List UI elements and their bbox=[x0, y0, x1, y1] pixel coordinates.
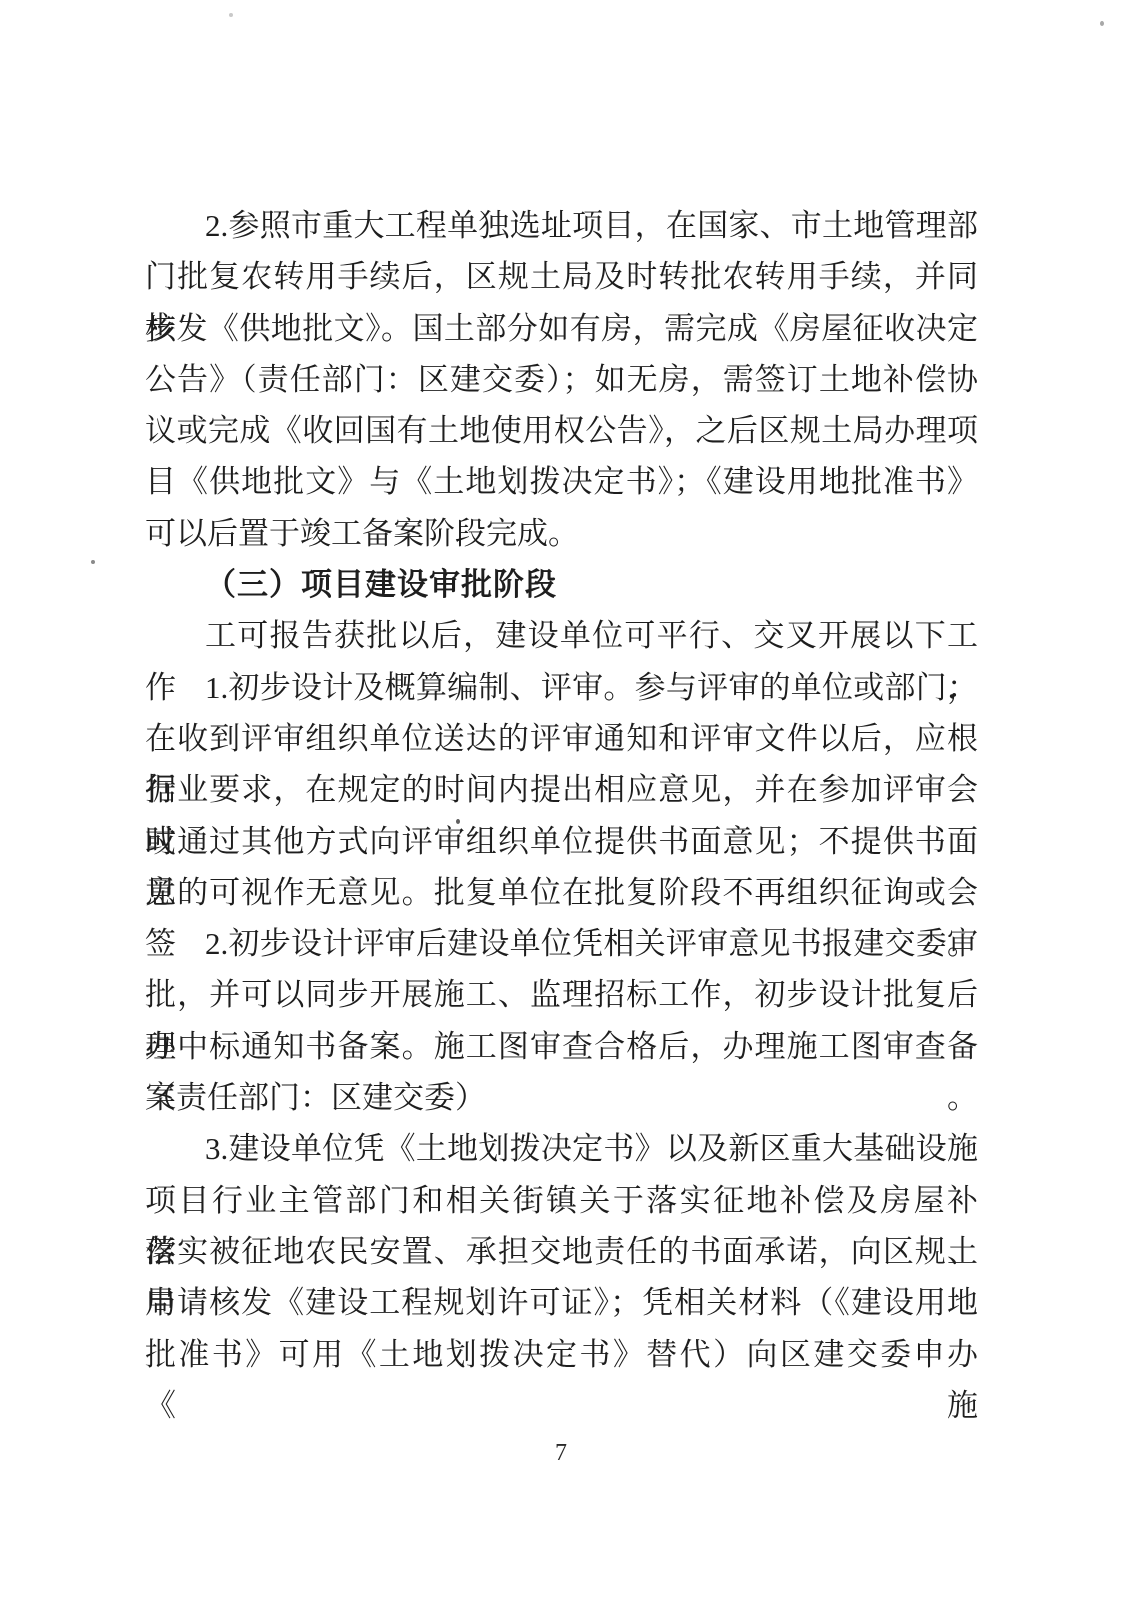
body-line: 批准书》可用《土地划拨决定书》替代）向区建交委申办《施 bbox=[145, 1329, 978, 1380]
body-line: 3.建设单位凭《土地划拨决定书》以及新区重大基础设施 bbox=[145, 1123, 978, 1174]
document-page: 2.参照市重大工程单独选址项目，在国家、市土地管理部 门批复农转用手续后，区规土… bbox=[0, 0, 1122, 1600]
body-text: 2.参照市重大工程单独选址项目，在国家、市土地管理部 门批复农转用手续后，区规土… bbox=[145, 200, 978, 1380]
body-line: 目《供地批文》与《土地划拨决定书》；《建设用地批准书》 bbox=[145, 456, 978, 507]
body-line: 公告》（责任部门：区建交委）；如无房，需签订土地补偿协 bbox=[145, 354, 978, 405]
body-line: 1.初步设计及概算编制、评审。参与评审的单位或部门， bbox=[145, 662, 978, 713]
body-line: 或通过其他方式向评审组织单位提供书面意见；不提供书面意 bbox=[145, 816, 978, 867]
body-line: 项目行业主管部门和相关街镇关于落实征地补偿及房屋补偿、 bbox=[145, 1175, 978, 1226]
body-line: 理中标通知书备案。施工图审查合格后，办理施工图审查备案。 bbox=[145, 1021, 978, 1072]
body-line: 申请核发《建设工程规划许可证》；凭相关材料（《建设用地 bbox=[145, 1277, 978, 1328]
scan-artifact-dot bbox=[91, 560, 95, 564]
body-line: 2.参照市重大工程单独选址项目，在国家、市土地管理部 bbox=[145, 200, 978, 251]
scan-artifact-dot bbox=[229, 13, 233, 17]
body-line: 批，并可以同步开展施工、监理招标工作，初步设计批复后办 bbox=[145, 969, 978, 1020]
body-line: 门批复农转用手续后，区规土局及时转批农转用手续，并同步 bbox=[145, 251, 978, 302]
scan-artifact-dot bbox=[1100, 21, 1104, 26]
body-line: 行业要求，在规定的时间内提出相应意见，并在参加评审会时 bbox=[145, 764, 978, 815]
body-line: 落实被征地农民安置、承担交地责任的书面承诺，向区规土局 bbox=[145, 1226, 978, 1277]
body-line: 2.初步设计评审后建设单位凭相关评审意见书报建交委审 bbox=[145, 918, 978, 969]
section-heading: （三）项目建设审批阶段 bbox=[145, 559, 978, 610]
body-line: 工可报告获批以后，建设单位可平行、交叉开展以下工作： bbox=[145, 610, 978, 661]
body-line: 核发《供地批文》。国土部分如有房，需完成《房屋征收决定 bbox=[145, 303, 978, 354]
body-line: 议或完成《收回国有土地使用权公告》，之后区规土局办理项 bbox=[145, 405, 978, 456]
page-number: 7 bbox=[0, 1440, 1122, 1467]
body-line: 在收到评审组织单位送达的评审通知和评审文件以后，应根据 bbox=[145, 713, 978, 764]
body-line: 可以后置于竣工备案阶段完成。 bbox=[145, 508, 978, 559]
body-line: 见的可视作无意见。批复单位在批复阶段不再组织征询或会签。 bbox=[145, 867, 978, 918]
